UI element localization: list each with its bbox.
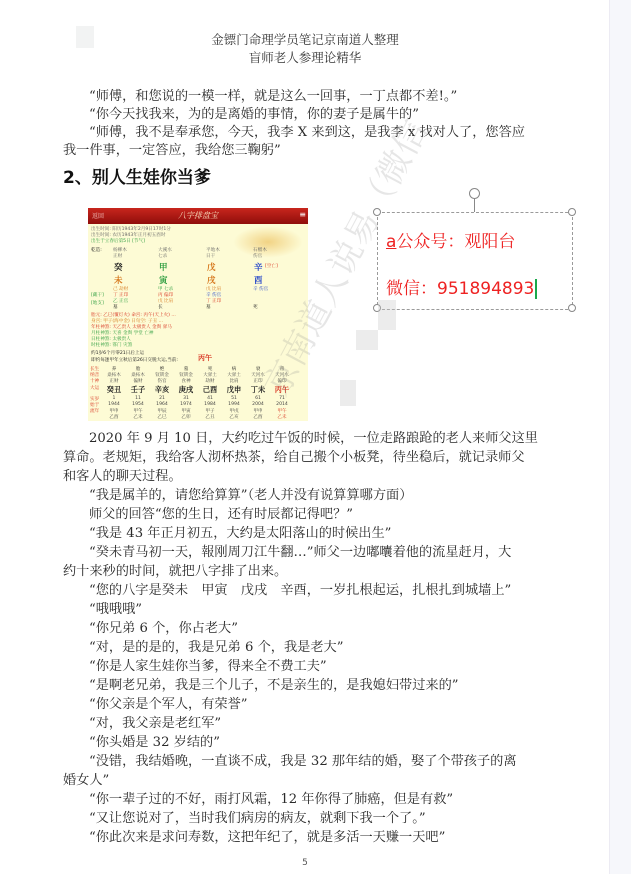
branch: 未: [114, 274, 123, 286]
branch: 酉: [254, 274, 263, 286]
paragraph: 和客人的聊天过程。: [63, 468, 543, 487]
resize-handle-top-right[interactable]: [568, 208, 576, 216]
paragraph: “师傅，我不是奉承您，今天，我李 X 来到这，是我李 x 找对人了，您答应: [63, 124, 569, 143]
paragraph: “你兄弟 6 个，你占老大”: [63, 620, 569, 639]
doc-header-line2: 盲师老人参理论精华: [0, 48, 610, 66]
branch: 寅: [159, 274, 168, 286]
paragraph: 师父的回答“您的生日，还有时辰都记得吧？”: [63, 506, 569, 525]
stem-note: [空亡]: [265, 264, 278, 270]
hidden-stem: 丙 偏印: [158, 293, 173, 299]
hidden-stem: 辛 伤官: [253, 287, 268, 293]
textbox-line-official-account[interactable]: a公众号：观阳台: [386, 227, 515, 252]
stem: 戊: [207, 261, 216, 273]
life-stage: 死: [253, 305, 258, 311]
mosaic-block: [340, 380, 356, 406]
life-stage: 墓: [113, 305, 118, 311]
scrollbar-track[interactable]: [609, 0, 631, 874]
hidden-label: [藏干]: [91, 293, 104, 299]
nayin: 大溪水: [158, 248, 172, 254]
birth-info: 出生于立春后第5日 [节气]: [91, 239, 145, 245]
extra-info: 时柱神煞: 寡门 灾煞: [91, 343, 132, 349]
birth-info: 出生时间: 阳历1943年2月9日17时1分: [91, 227, 171, 233]
nayin: 石榴木: [253, 248, 267, 254]
paragraph: 我一件事，一定答应，我给您三鞠躬”: [63, 142, 543, 161]
paragraph: “你一辈子过的不好，雨打风霜，12 年你得了肺癌，但是有救”: [63, 791, 569, 810]
stem: 辛: [254, 261, 263, 273]
app-title: 八字排盘宝: [88, 210, 308, 221]
paragraph: “对，是的是的，我是兄弟 6 个，我是老大”: [63, 639, 569, 658]
hidden-label: [地支]: [91, 301, 104, 307]
branch: 戌: [207, 274, 216, 286]
paragraph: “我是 43 年正月初五，大约是太阳落山的时候出生”: [63, 525, 569, 544]
extra-info: 胎元: 乙巳(覆灯火) 命宫: 丙午(天上火) ...: [91, 313, 176, 319]
paragraph: “师傅，和您说的一模一样，就是这么一回事，一丁点都不差!。”: [63, 88, 569, 107]
paragraph: “没错，我结婚晚，一直谈不成，我是 32 那年结的婚，娶了个带孩子的离: [63, 753, 569, 772]
page-number: 5: [0, 858, 610, 868]
paragraph: “你此次来是求问寿数，这把年纪了，就是多活一天赚一天吧”: [63, 829, 569, 848]
paragraph: “是啊老兄弟，我是三个儿子，不是亲生的，是我媳妇带过来的”: [63, 677, 569, 696]
hidden-stem: 丁 正印: [113, 293, 128, 299]
current-dayun: 丙午: [198, 356, 212, 362]
paragraph: “哦哦哦”: [63, 601, 569, 620]
pillars-label: 乾造:: [91, 248, 102, 254]
hidden-stem: 辛 伤官: [206, 293, 221, 299]
paragraph: “你是人家生娃你当爹，得来全不费工夫”: [63, 658, 569, 677]
paragraph: 2020 年 9 月 10 日，大约吃过午饭的时候，一位走路踉跄的老人来师父这里: [63, 430, 569, 449]
mosaic-block: [356, 330, 378, 350]
jiaoyun-info: 即约每逢甲年立秋后第26日交脱大运,当前:: [91, 358, 178, 364]
paragraph: “你父亲是个军人，有荣誉”: [63, 696, 569, 715]
paragraph: 约十来秒的时间，就把八字排了出来。: [63, 563, 543, 582]
nayin: 杨柳木: [113, 248, 127, 254]
menu-icon: ≡: [299, 210, 306, 219]
doc-header-line1: 金镖门命理学员笔记京南道人整理: [0, 30, 610, 48]
paragraph: “你今天找我来，为的是离婚的事情，你的妻子是属牛的”: [63, 106, 569, 125]
paragraph: “又让您说对了，当时我们病房的病友，就剩下我一个了。”: [63, 810, 569, 829]
qiyun-info: 约1岁6个月零21日后上运: [91, 351, 144, 357]
paragraph: 婚女人”: [63, 772, 543, 791]
rotate-handle-line: [474, 198, 475, 212]
extra-info: 身宫: 甲子(海中金) 日旬空: 子丑 ...: [91, 319, 163, 325]
birth-info: 出生时间: 农历1943年正月初五酉时: [91, 233, 165, 239]
paragraph: “您的八字是癸未 甲寅 戊戌 辛酉，一岁扎根起运，扎根扎到城墙上”: [63, 582, 569, 601]
mosaic-block: [378, 300, 396, 330]
extra-info: 日柱神煞: 太极贵人: [91, 337, 131, 343]
hidden-stem: 丁 正印: [206, 299, 221, 305]
hidden-stem: 己 劫财: [113, 287, 128, 293]
text-caret: [535, 279, 537, 299]
app-title-bar: 返回 八字排盘宝 ≡: [88, 208, 308, 224]
ten-god: 七杀: [158, 254, 167, 260]
resize-handle-bottom-right[interactable]: [568, 304, 576, 312]
extra-info: 年柱神煞: 天乙贵人 太极贵人 金舆 驿马: [91, 325, 172, 331]
ten-god: 正财: [113, 254, 122, 260]
hidden-stem: 戊 比肩: [206, 287, 221, 293]
paragraph: “癸未青马初一天，報刚周刀江牛翻…”师父一边嘟囔着他的流星赶月，大: [63, 544, 569, 563]
hidden-stem: 甲 七杀: [158, 287, 173, 293]
textbox-line-wechat[interactable]: 微信：951894893: [386, 274, 537, 299]
extra-info: 月柱神煞: 天喜 金舆 学堂 亡神: [91, 331, 154, 337]
stem: 甲: [159, 261, 168, 273]
section-title: 2、别人生娃你当爹: [63, 163, 211, 188]
ten-god: 伤官: [253, 254, 262, 260]
hidden-stem: 戊 比肩: [158, 299, 173, 305]
dayun-row-liunian2: 乙酉乙未乙巳乙卯乙丑乙亥乙酉乙未: [90, 414, 294, 420]
ten-god: 日干: [206, 254, 215, 260]
paragraph: 算命。老规矩，我给客人沏杯热茶，给自己搬个小板凳，待坐稳后，就记录师父: [63, 449, 543, 468]
stem: 癸: [114, 261, 123, 273]
life-stage: 墓: [206, 305, 211, 311]
paragraph: “我是属羊的，请您给算算”（老人并没有说算算哪方面）: [63, 487, 569, 506]
nayin: 平地木: [206, 248, 220, 254]
life-stage: 长: [158, 305, 163, 311]
paragraph: “对，我父亲是老红军”: [63, 715, 569, 734]
paragraph: “你头婚是 32 岁结的”: [63, 734, 569, 753]
dragon-illustration: [233, 226, 303, 258]
hidden-stem: 乙 正官: [113, 299, 128, 305]
